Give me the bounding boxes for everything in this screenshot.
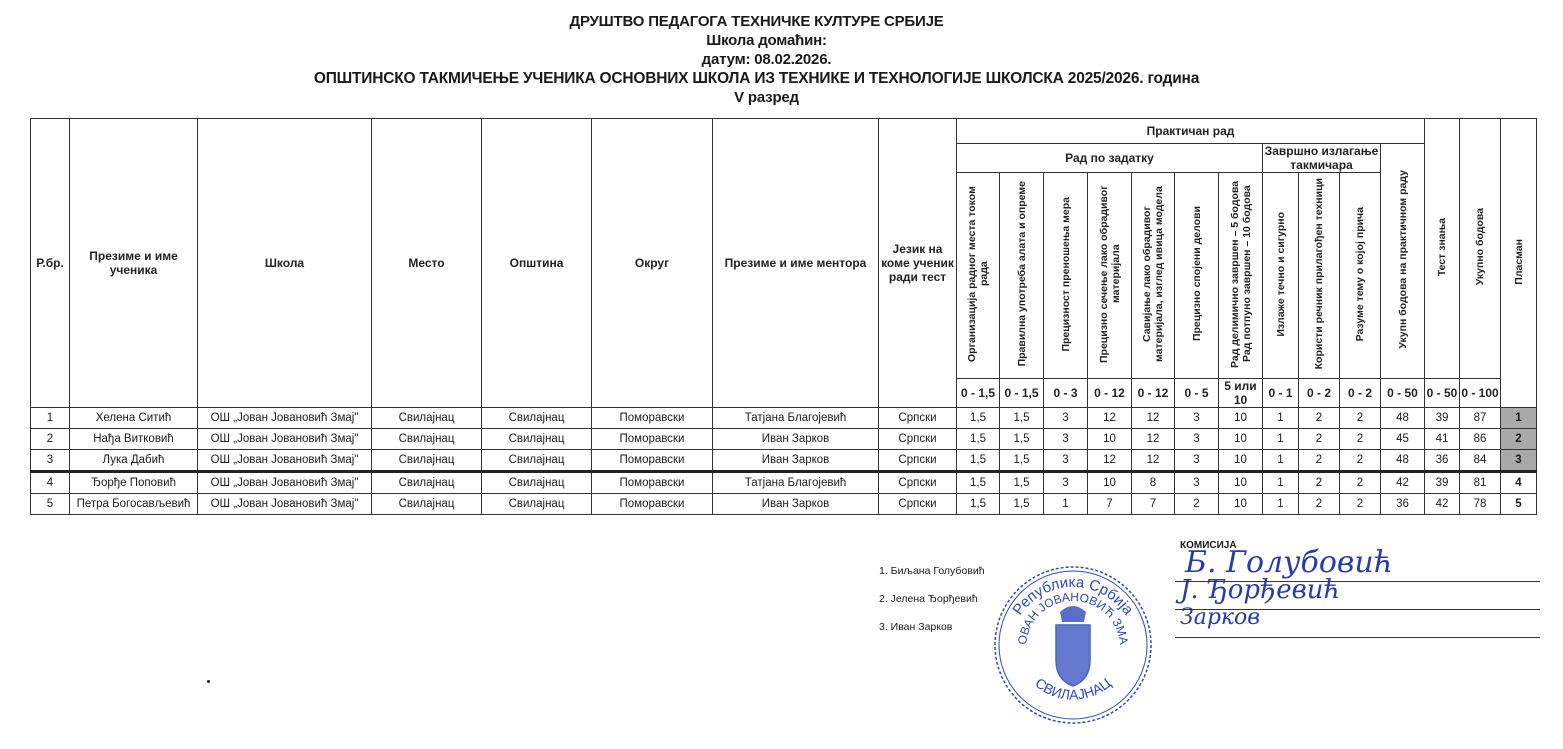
cell-rb: 5 — [31, 494, 70, 515]
col-mentor: Презиме и име ментора — [713, 119, 879, 408]
scan-speck — [207, 680, 210, 683]
committee-member: 2. Јелена Ђорђевић — [879, 593, 985, 621]
cell-score: 8 — [1132, 472, 1175, 494]
cell-score: 1 — [1263, 429, 1299, 450]
cell-total: 87 — [1460, 408, 1501, 429]
score-range: 0 - 2 — [1340, 379, 1381, 408]
results-table: Р.бр. Презиме и име ученика Школа Место … — [30, 118, 1537, 515]
cell-score: 2 — [1299, 472, 1340, 494]
cell-language: Српски — [879, 472, 957, 494]
cell-score: 1 — [1044, 494, 1088, 515]
col-rb: Р.бр. — [31, 119, 70, 408]
table-row: 4Ђорђе ПоповићОШ „Јован Јовановић Змај"С… — [31, 472, 1537, 494]
col-criterion-1: Правилна употреба алата и опреме — [1000, 173, 1044, 379]
cell-district: Поморавски — [592, 494, 713, 515]
cell-score: 1,5 — [1000, 450, 1044, 472]
cell-municipality: Свилајнац — [482, 494, 592, 515]
score-range: 0 - 3 — [1044, 379, 1088, 408]
cell-score: 12 — [1132, 408, 1175, 429]
cell-language: Српски — [879, 408, 957, 429]
col-criterion-7: Излаже течно и сигурно — [1263, 173, 1299, 379]
cell-student: Хелена Ситић — [70, 408, 198, 429]
cell-placement: 4 — [1501, 472, 1537, 494]
cell-score: 42 — [1381, 472, 1425, 494]
cell-score: 1 — [1263, 494, 1299, 515]
cell-score: 3 — [1175, 472, 1219, 494]
cell-score: 3 — [1175, 450, 1219, 472]
score-range: 0 - 12 — [1132, 379, 1175, 408]
cell-placement: 2 — [1501, 429, 1537, 450]
score-range: 0 - 100 — [1460, 379, 1501, 408]
signature-line — [1175, 609, 1540, 610]
table-row: 1Хелена СитићОШ „Јован Јовановић Змај"Св… — [31, 408, 1537, 429]
cell-score: 2 — [1340, 408, 1381, 429]
signature-2: Ј. Ђорђевић — [1180, 575, 1340, 605]
score-range: 0 - 12 — [1088, 379, 1132, 408]
col-criterion-2: Прецизност преношења мера — [1044, 173, 1088, 379]
cell-total: 86 — [1460, 429, 1501, 450]
col-criterion-0: Организација радног места током рада — [957, 173, 1000, 379]
score-range: 5 или 10 — [1219, 379, 1263, 408]
cell-score: 1 — [1263, 472, 1299, 494]
cell-total: 81 — [1460, 472, 1501, 494]
cell-score: 2 — [1299, 429, 1340, 450]
committee-member: 3. Иван Зарков — [879, 621, 985, 649]
cell-student: Ђорђе Поповић — [70, 472, 198, 494]
cell-school: ОШ „Јован Јовановић Змај" — [198, 408, 372, 429]
cell-place: Свилајнац — [372, 494, 482, 515]
cell-score: 3 — [1175, 408, 1219, 429]
cell-score: 10 — [1088, 429, 1132, 450]
cell-score: 2 — [1175, 494, 1219, 515]
col-criterion-5: Прецизно спојени делови — [1175, 173, 1219, 379]
cell-municipality: Свилајнац — [482, 408, 592, 429]
cell-score: 3 — [1044, 450, 1088, 472]
cell-test: 39 — [1425, 408, 1460, 429]
cell-score: 10 — [1219, 429, 1263, 450]
cell-district: Поморавски — [592, 450, 713, 472]
col-criterion-6: Рад делимично завршен – 5 бодова Рад пот… — [1219, 173, 1263, 379]
host-school-label: Школа домаћин: — [0, 31, 1563, 50]
cell-mentor: Иван Зарков — [713, 450, 879, 472]
score-range: 0 - 50 — [1381, 379, 1425, 408]
cell-language: Српски — [879, 494, 957, 515]
cell-municipality: Свилајнац — [482, 450, 592, 472]
table-row: 3Лука ДабићОШ „Јован Јовановић Змај"Свил… — [31, 450, 1537, 472]
cell-placement: 3 — [1501, 450, 1537, 472]
cell-score: 2 — [1299, 494, 1340, 515]
cell-score: 1 — [1263, 408, 1299, 429]
cell-school: ОШ „Јован Јовановић Змај" — [198, 494, 372, 515]
table-row: 5Петра БогосављевићОШ „Јован Јовановић З… — [31, 494, 1537, 515]
cell-score: 12 — [1088, 450, 1132, 472]
document-header: ДРУШТВО ПЕДАГОГА ТЕХНИЧКЕ КУЛТУРЕ СРБИЈЕ… — [0, 12, 1563, 107]
cell-school: ОШ „Јован Јовановић Змај" — [198, 450, 372, 472]
cell-score: 2 — [1299, 450, 1340, 472]
col-school: Школа — [198, 119, 372, 408]
cell-score: 7 — [1088, 494, 1132, 515]
cell-mentor: Иван Зарков — [713, 494, 879, 515]
cell-score: 12 — [1088, 408, 1132, 429]
cell-district: Поморавски — [592, 472, 713, 494]
cell-score: 1 — [1263, 450, 1299, 472]
cell-place: Свилајнац — [372, 472, 482, 494]
cell-score: 3 — [1044, 472, 1088, 494]
score-range: 0 - 2 — [1299, 379, 1340, 408]
cell-score: 3 — [1175, 429, 1219, 450]
col-criterion-8: Користи речник прилагођен техници — [1299, 173, 1340, 379]
cell-score: 12 — [1132, 450, 1175, 472]
cell-score: 10 — [1088, 472, 1132, 494]
cell-score: 1,5 — [957, 429, 1000, 450]
cell-mentor: Иван Зарков — [713, 429, 879, 450]
col-criterion-4: Савијање лако обрадивог материјала, изгл… — [1132, 173, 1175, 379]
cell-score: 2 — [1340, 429, 1381, 450]
cell-score: 1,5 — [957, 450, 1000, 472]
cell-score: 36 — [1381, 494, 1425, 515]
cell-mentor: Татјана Благојевић — [713, 408, 879, 429]
score-range: 0 - 1,5 — [957, 379, 1000, 408]
signature-line — [1175, 581, 1540, 582]
score-range: 0 - 5 — [1175, 379, 1219, 408]
cell-score: 2 — [1340, 494, 1381, 515]
cell-score: 2 — [1340, 450, 1381, 472]
cell-score: 1,5 — [957, 472, 1000, 494]
cell-place: Свилајнац — [372, 450, 482, 472]
committee-member: 1. Биљана Голубовић — [879, 565, 985, 593]
cell-district: Поморавски — [592, 429, 713, 450]
cell-test: 42 — [1425, 494, 1460, 515]
col-criterion-10: Укупн бодова на практичном раду — [1381, 144, 1425, 379]
cell-rb: 1 — [31, 408, 70, 429]
cell-score: 1,5 — [1000, 472, 1044, 494]
school-stamp: Република Србија "ЈОВАН ЈОВАНОВИЋ ЗМАЈ" … — [988, 560, 1158, 725]
cell-total: 78 — [1460, 494, 1501, 515]
cell-score: 1,5 — [957, 408, 1000, 429]
competition-title: ОПШТИНСКО ТАКМИЧЕЊЕ УЧЕНИКА ОСНОВНИХ ШКО… — [0, 69, 1563, 88]
cell-rb: 3 — [31, 450, 70, 472]
group-final-presentation: Завршно излагање такмичара — [1263, 144, 1381, 173]
cell-student: Нађа Витковић — [70, 429, 198, 450]
col-municipality: Општина — [482, 119, 592, 408]
col-total: Укупно бодова — [1460, 119, 1501, 379]
cell-score: 10 — [1219, 450, 1263, 472]
cell-language: Српски — [879, 429, 957, 450]
cell-rb: 4 — [31, 472, 70, 494]
cell-placement: 1 — [1501, 408, 1537, 429]
group-practical-work: Практичан рад — [957, 119, 1425, 144]
cell-score: 10 — [1219, 408, 1263, 429]
cell-score: 48 — [1381, 408, 1425, 429]
cell-score: 1,5 — [1000, 494, 1044, 515]
cell-score: 10 — [1219, 494, 1263, 515]
cell-language: Српски — [879, 450, 957, 472]
cell-test: 36 — [1425, 450, 1460, 472]
col-place: Место — [372, 119, 482, 408]
col-criterion-3: Прецизно сечење лако обрадивог материјал… — [1088, 173, 1132, 379]
col-criterion-9: Разуме тему о којој прича — [1340, 173, 1381, 379]
grade-label: V разред — [0, 88, 1563, 107]
cell-score: 12 — [1132, 429, 1175, 450]
cell-score: 1,5 — [1000, 408, 1044, 429]
cell-student: Лука Дабић — [70, 450, 198, 472]
col-language: Језик на коме ученик ради тест — [879, 119, 957, 408]
cell-place: Свилајнац — [372, 429, 482, 450]
col-placement: Пласман — [1501, 119, 1537, 408]
cell-score: 45 — [1381, 429, 1425, 450]
cell-district: Поморавски — [592, 408, 713, 429]
cell-score: 3 — [1044, 408, 1088, 429]
cell-score: 10 — [1219, 472, 1263, 494]
cell-place: Свилајнац — [372, 408, 482, 429]
signature-line — [1175, 637, 1540, 638]
col-test: Тест знања — [1425, 119, 1460, 379]
cell-school: ОШ „Јован Јовановић Змај" — [198, 472, 372, 494]
cell-student: Петра Богосављевић — [70, 494, 198, 515]
score-range: 0 - 50 — [1425, 379, 1460, 408]
cell-score: 1,5 — [957, 494, 1000, 515]
committee-members: 1. Биљана Голубовић 2. Јелена Ђорђевић 3… — [879, 565, 985, 649]
col-district: Округ — [592, 119, 713, 408]
cell-score: 48 — [1381, 450, 1425, 472]
cell-total: 84 — [1460, 450, 1501, 472]
cell-test: 41 — [1425, 429, 1460, 450]
cell-score: 1,5 — [1000, 429, 1044, 450]
organization-title: ДРУШТВО ПЕДАГОГА ТЕХНИЧКЕ КУЛТУРЕ СРБИЈЕ — [0, 12, 1563, 31]
cell-municipality: Свилајнац — [482, 472, 592, 494]
group-task-work: Рад по задатку — [957, 144, 1263, 173]
cell-mentor: Татјана Благојевић — [713, 472, 879, 494]
cell-test: 39 — [1425, 472, 1460, 494]
col-student: Презиме и име ученика — [70, 119, 198, 408]
cell-score: 7 — [1132, 494, 1175, 515]
cell-municipality: Свилајнац — [482, 429, 592, 450]
cell-rb: 2 — [31, 429, 70, 450]
cell-school: ОШ „Јован Јовановић Змај" — [198, 429, 372, 450]
cell-score: 2 — [1340, 472, 1381, 494]
score-range: 0 - 1 — [1263, 379, 1299, 408]
table-row: 2Нађа ВитковићОШ „Јован Јовановић Змај"С… — [31, 429, 1537, 450]
date-label: датум: 08.02.2026. — [0, 50, 1563, 69]
score-range: 0 - 1,5 — [1000, 379, 1044, 408]
cell-placement: 5 — [1501, 494, 1537, 515]
cell-score: 3 — [1044, 429, 1088, 450]
cell-score: 2 — [1299, 408, 1340, 429]
